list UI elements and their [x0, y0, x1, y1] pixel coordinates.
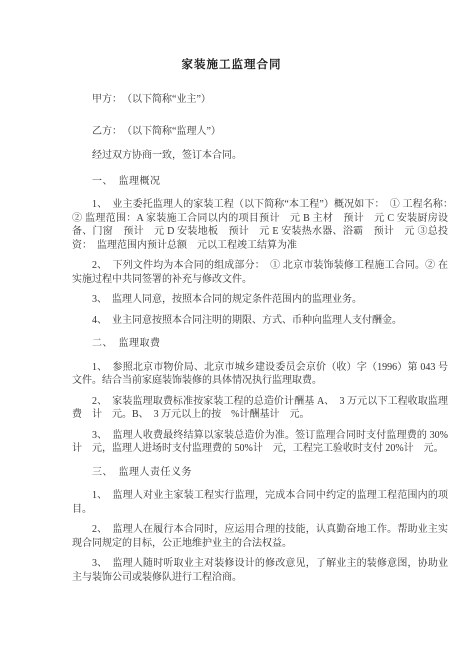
section-1-para-3: 3、 监理人同意，按照本合同的规定条件范围内的监理业务。 — [72, 293, 448, 307]
section-2-para-3: 3、 监理人收费最终结算以家装总造价为准。签订监理合同时支付监理费的 30%计 … — [72, 429, 448, 456]
section-3-para-2: 2、 监理人在履行本合同时，应运用合理的技能，认真勤奋地工作。帮助业主实现合同规… — [72, 523, 448, 550]
party-a-line: 甲方： （以下简称“业主”） — [72, 93, 448, 107]
party-b-line: 乙方： （以下简称“监理人”） — [72, 125, 448, 139]
section-2-para-1: 1、 参照北京市物价局、北京市城乡建设委员会京价（收）字（1996）第 043 … — [72, 361, 448, 388]
section-2-para-2: 2、 家装监理取费标准按家装工程的总造价计酬基 A、 3 万元以下工程收取监理费… — [72, 395, 448, 422]
section-3-heading: 三、 监理人责任义务 — [72, 466, 448, 480]
section-1-para-4: 4、 业主同意按照本合同注明的期限、方式、币种向监理人支付酬金。 — [72, 314, 448, 328]
section-1-heading: 一、 监理概况 — [72, 175, 448, 189]
document-body: 甲方： （以下简称“业主”） 乙方： （以下简称“监理人”） 经过双方协商一致，… — [0, 93, 463, 584]
document-title: 家装施工监理合同 — [0, 58, 463, 73]
section-3-para-1: 1、 监理人对业主家装工程实行监理，完成本合同中约定的监理工程范围内的项目。 — [72, 489, 448, 516]
section-3-para-3: 3、 监理人随时听取业主对装修设计的修改意见，了解业主的装修意图，协助业主与装饰… — [72, 557, 448, 584]
section-2-heading: 二、 监理取费 — [72, 337, 448, 351]
document-page: 家装施工监理合同 甲方： （以下简称“业主”） 乙方： （以下简称“监理人”） … — [0, 0, 463, 655]
section-1-para-1: 1、 业主委托监理人的家装工程（以下简称“本工程”）概况如下： ① 工程名称： … — [72, 198, 448, 252]
intro-line: 经过双方协商一致，签订本合同。 — [72, 149, 448, 163]
section-1-para-2: 2、 下列文件均为本合同的组成部分： ① 北京市装饰装修工程施工合同。② 在实施… — [72, 259, 448, 286]
